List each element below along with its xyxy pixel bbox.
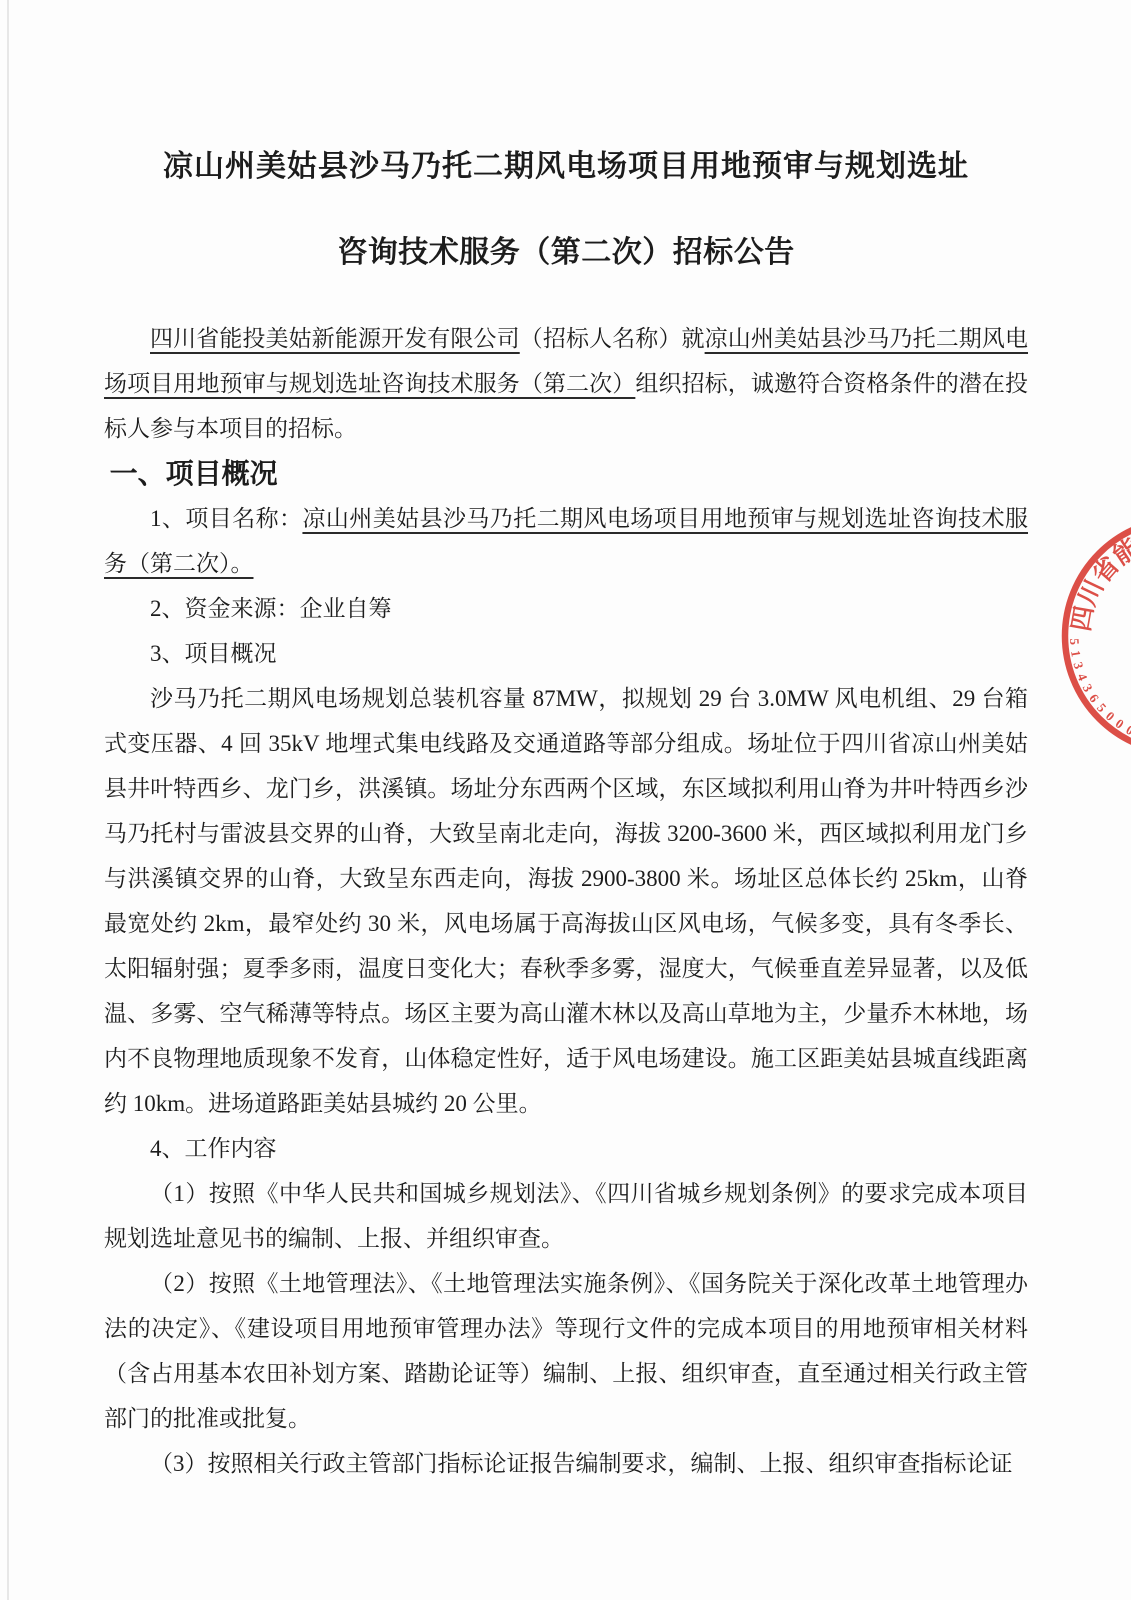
item-project-name: 1、项目名称：凉山州美姑县沙马乃托二期风电场项目用地预审与规划选址咨询技术服务（… [104,496,1028,586]
seal-code-digit: 3 [1071,660,1087,671]
item-overview-label: 3、项目概况 [104,631,1028,676]
seal-code-digit: 4 [1074,671,1091,683]
section-heading: 一、项目概况 [104,451,1028,496]
text-segment: 四川省能投美姑新能源开发有限公司 [150,326,520,351]
seal-code-digit: 3 [1080,681,1097,694]
text-segment: （招标人名称）就 [520,326,705,351]
paragraph-work-3: （3）按照相关行政主管部门指标论证报告编制要求，编制、上报、组织审查指标论证 [104,1441,1028,1486]
title-line-2: 咨询技术服务（第二次）招标公告 [104,232,1028,274]
paragraph-project-overview: 沙马乃托二期风电场规划总装机容量 87MW，拟规划 29 台 3.0MW 风电机… [104,676,1028,1126]
item-funding-source: 2、资金来源：企业自筹 [104,586,1028,631]
scan-edge-line [7,0,9,1600]
page: 凉山州美姑县沙马乃托二期风电场项目用地预审与规划选址 咨询技术服务（第二次）招标… [0,0,1131,1600]
official-seal: 四川省能投美姑新能源开发有限公司 51343650004 [1040,470,1131,810]
title-line-1: 凉山州美姑县沙马乃托二期风电场项目用地预审与规划选址 [104,146,1028,188]
seal-code-digit: 1 [1068,649,1084,658]
paragraph-work-1: （1）按照《中华人民共和国城乡规划法》、《四川省城乡规划条例》的要求完成本项目规… [104,1171,1028,1261]
seal-code-digit: 0 [1113,716,1127,732]
text-segment: 1、项目名称： [150,506,302,531]
item-work-label: 4、工作内容 [104,1126,1028,1171]
paragraph-work-2: （2）按照《土地管理法》、《土地管理法实施条例》、《国务院关于深化改革土地管理办… [104,1261,1028,1441]
intro-paragraph: 四川省能投美姑新能源开发有限公司（招标人名称）就凉山州美姑县沙马乃托二期风电场项… [104,316,1028,451]
document-content: 凉山州美姑县沙马乃托二期风电场项目用地预审与规划选址 咨询技术服务（第二次）招标… [104,0,1028,1486]
seal-code-digit: 5 [1067,638,1082,646]
